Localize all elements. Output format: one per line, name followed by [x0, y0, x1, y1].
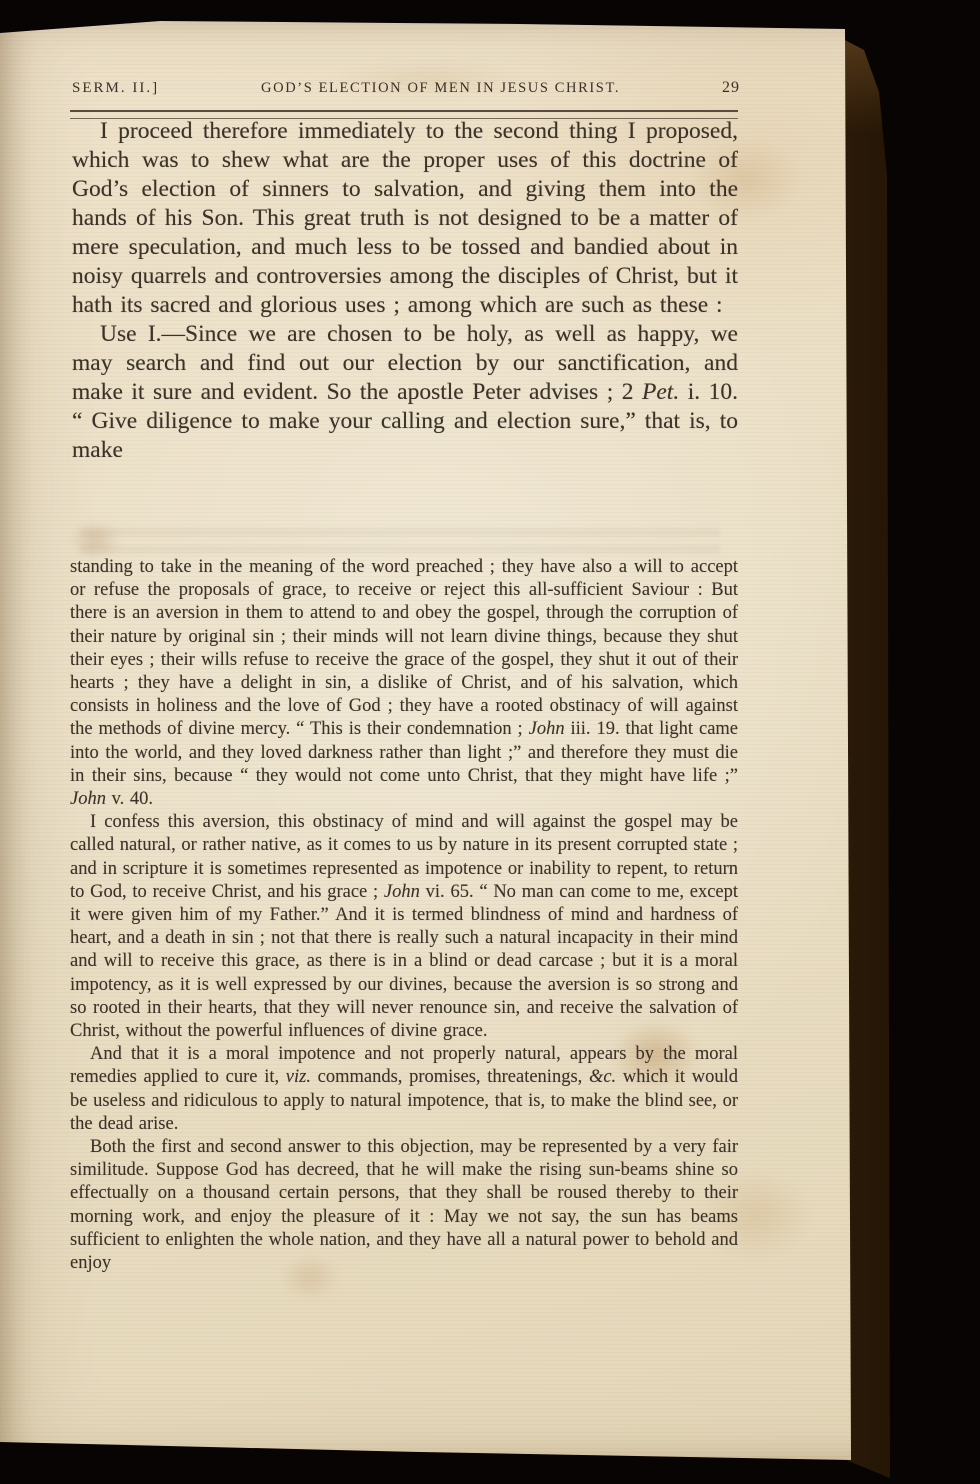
book-page: SERM. II.] GOD’S ELECTION OF MEN IN JESU…	[0, 0, 980, 1484]
page-shading	[0, 0, 980, 1484]
photo-backdrop: SERM. II.] GOD’S ELECTION OF MEN IN JESU…	[0, 0, 980, 1484]
